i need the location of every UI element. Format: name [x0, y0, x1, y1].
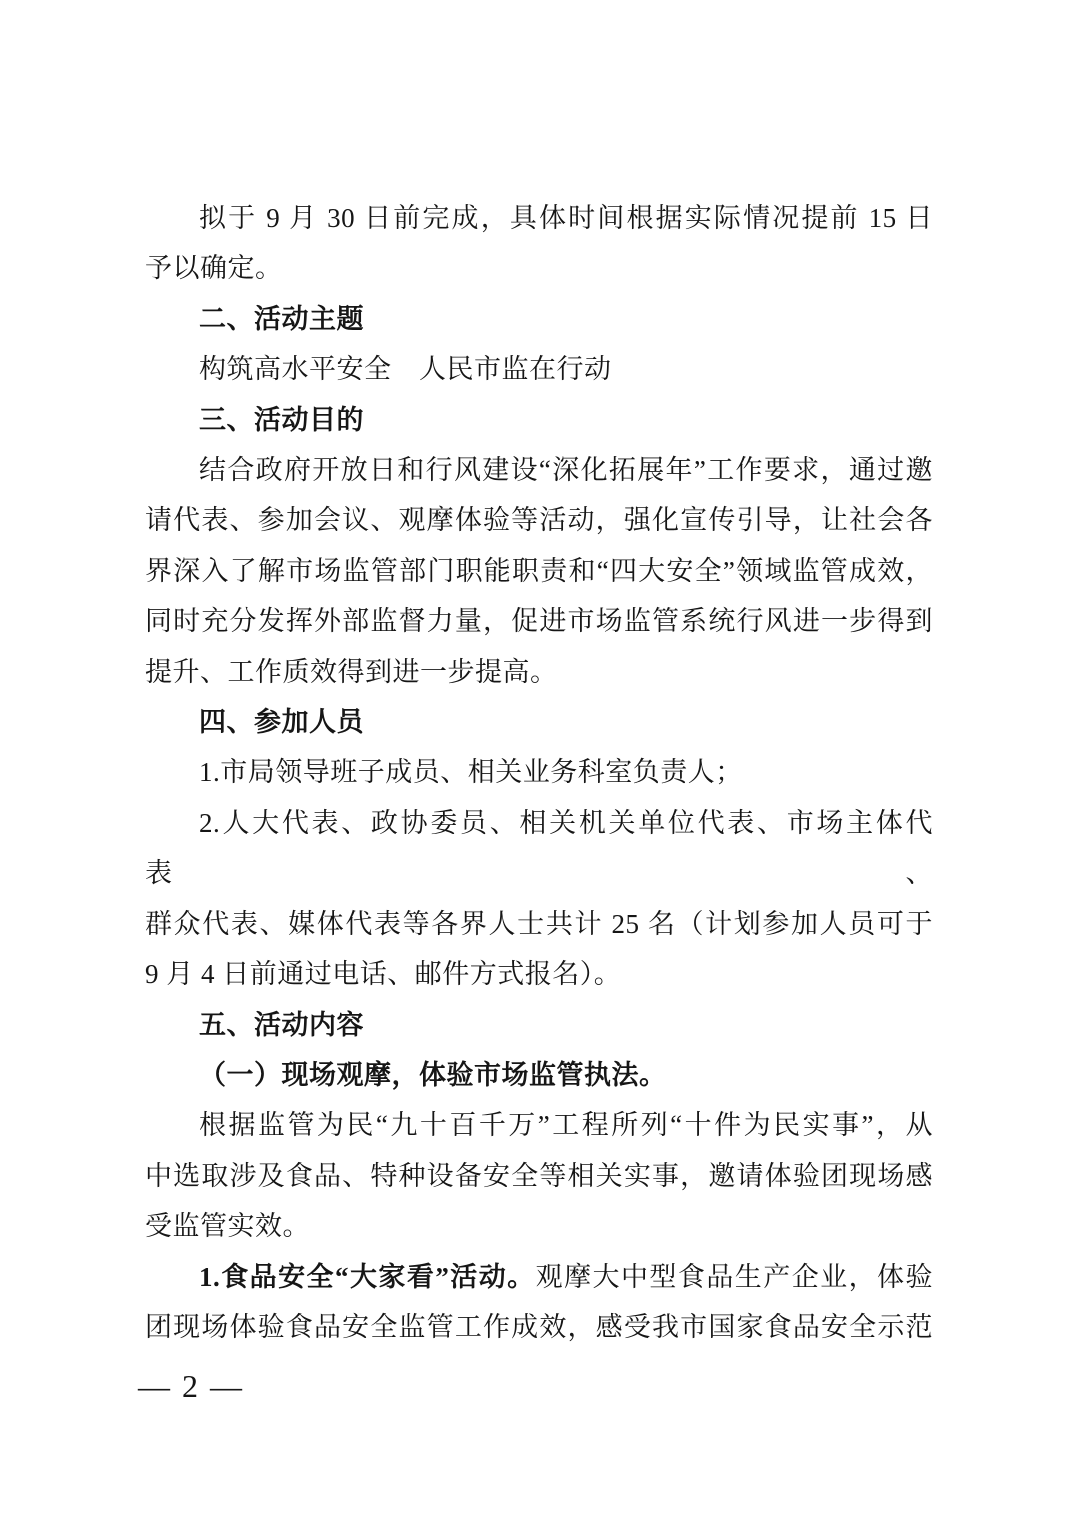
paragraph-line: 同时充分发挥外部监督力量，促进市场监管系统行风进一步得到 [145, 596, 933, 646]
paragraph-line: 拟于 9 月 30 日前完成，具体时间根据实际情况提前 15 日 [145, 193, 933, 243]
paragraph-line: 中选取涉及食品、特种设备安全等相关实事，邀请体验团现场感 [145, 1151, 933, 1201]
paragraph-line: 9 月 4 日前通过电话、邮件方式报名）。 [145, 949, 933, 999]
paragraph-line: 结合政府开放日和行风建设“深化拓展年”工作要求，通过邀 [145, 445, 933, 495]
theme-line: 构筑高水平安全 人民市监在行动 [145, 344, 933, 394]
paragraph-line: 团现场体验食品安全监管工作成效，感受我市国家食品安全示范 [145, 1302, 933, 1352]
paragraph-line: 根据监管为民“九十百千万”工程所列“十件为民实事”，从 [145, 1100, 933, 1150]
document-body: 拟于 9 月 30 日前完成，具体时间根据实际情况提前 15 日 予以确定。 二… [145, 193, 933, 1352]
section-heading-5: 五、活动内容 [145, 1000, 933, 1050]
list-item-2: 2.人大代表、政协委员、相关机关单位代表、市场主体代表、 [145, 798, 933, 899]
paragraph-line: 受监管实效。 [145, 1201, 933, 1251]
paragraph-line: 请代表、参加会议、观摩体验等活动，强化宣传引导，让社会各 [145, 495, 933, 545]
section-heading-3: 三、活动目的 [145, 395, 933, 445]
paragraph-line: 群众代表、媒体代表等各界人士共计 25 名（计划参加人员可于 [145, 899, 933, 949]
section-heading-4: 四、参加人员 [145, 697, 933, 747]
list-item-1: 1.市局领导班子成员、相关业务科室负责人； [145, 747, 933, 797]
paragraph-line: 界深入了解市场监管部门职能职责和“四大安全”领域监管成效， [145, 546, 933, 596]
section-heading-2: 二、活动主题 [145, 294, 933, 344]
item-text: 观摩大中型食品生产企业，体验 [536, 1262, 933, 1292]
item-paragraph-line: 1.食品安全“大家看”活动。观摩大中型食品生产企业，体验 [145, 1252, 933, 1302]
paragraph-line: 予以确定。 [145, 243, 933, 293]
subsection-heading-1: （一）现场观摩，体验市场监管执法。 [145, 1050, 933, 1100]
document-page: 拟于 9 月 30 日前完成，具体时间根据实际情况提前 15 日 予以确定。 二… [0, 0, 1074, 1520]
page-number: — 2 — [138, 1368, 244, 1405]
item-run-in-heading: 1.食品安全“大家看”活动。 [199, 1262, 536, 1292]
paragraph-line: 提升、工作质效得到进一步提高。 [145, 647, 933, 697]
